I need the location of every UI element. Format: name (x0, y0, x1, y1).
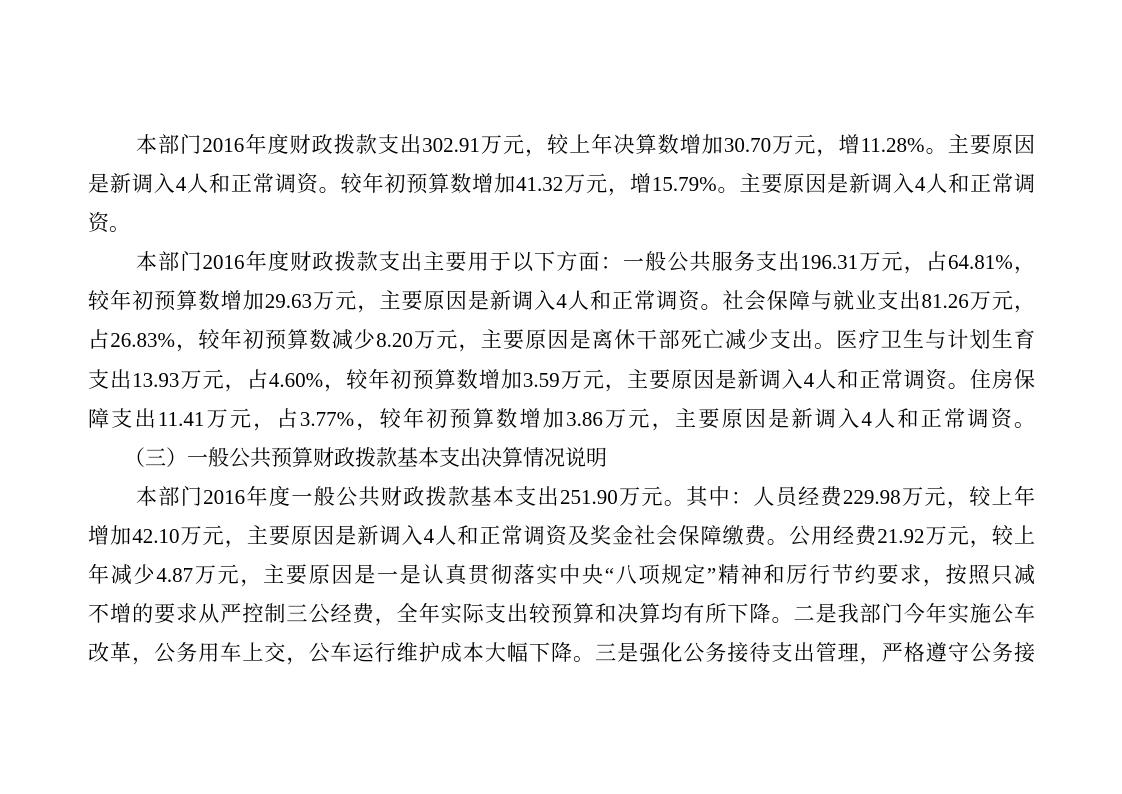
paragraph-line: 是新调入4人和正常调资。较年初预算数增加41.32万元，增15.79%。主要原因… (88, 165, 1035, 204)
paragraph-line: 不增的要求从严控制三公经费，全年实际支出较预算和决算均有所下降。二是我部门今年实… (88, 595, 1035, 634)
paragraph-line: 本部门2016年度一般公共财政拨款基本支出251.90万元。其中：人员经费229… (88, 478, 1035, 517)
paragraph-line: 障支出11.41万元，占3.77%，较年初预算数增加3.86万元，主要原因是新调… (88, 400, 1035, 439)
paragraph-line: 较年初预算数增加29.63万元，主要原因是新调入4人和正常调资。社会保障与就业支… (88, 282, 1035, 321)
document-page: 本部门2016年度财政拨款支出302.91万元，较上年决算数增加30.70万元，… (0, 0, 1122, 794)
paragraph-line: 本部门2016年度财政拨款支出主要用于以下方面：一般公共服务支出196.31万元… (88, 243, 1035, 282)
paragraph-line: 年减少4.87万元，主要原因是一是认真贯彻落实中央“八项规定”精神和厉行节约要求… (88, 556, 1035, 595)
paragraph-line: 资。 (88, 204, 1035, 243)
section-heading: （三）一般公共预算财政拨款基本支出决算情况说明 (88, 439, 1035, 478)
document-body-text: 本部门2016年度财政拨款支出302.91万元，较上年决算数增加30.70万元，… (88, 126, 1035, 673)
paragraph-line: 占26.83%，较年初预算数减少8.20万元，主要原因是离休干部死亡减少支出。医… (88, 321, 1035, 360)
paragraph-line: 增加42.10万元，主要原因是新调入4人和正常调资及奖金社会保障缴费。公用经费2… (88, 517, 1035, 556)
paragraph-line: 改革，公务用车上交，公车运行维护成本大幅下降。三是强化公务接待支出管理，严格遵守… (88, 634, 1035, 673)
paragraph-line: 支出13.93万元，占4.60%，较年初预算数增加3.59万元，主要原因是新调入… (88, 361, 1035, 400)
paragraph-line: 本部门2016年度财政拨款支出302.91万元，较上年决算数增加30.70万元，… (88, 126, 1035, 165)
